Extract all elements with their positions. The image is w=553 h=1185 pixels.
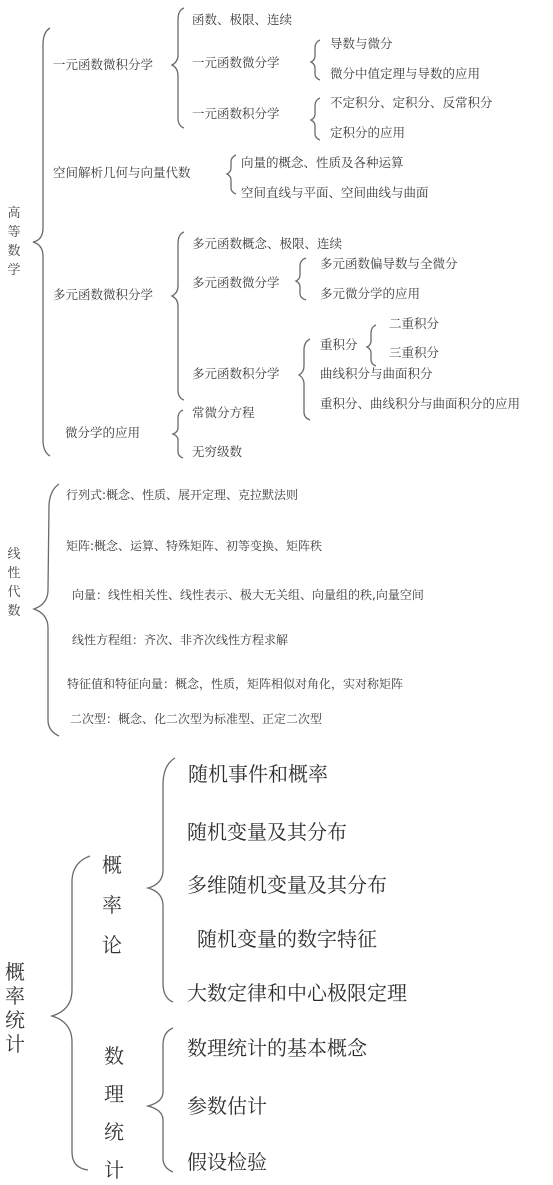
node-multiple-integral: 重积分 [320,339,358,352]
leaf: 曲线积分与曲面积分 [320,368,433,381]
node-multi-diff: 多元函数微分学 [192,277,280,290]
leaf: 无穷级数 [192,446,242,459]
title-char: 数 [6,602,22,621]
prob-stats-brace [52,856,90,1170]
probability-item: 随机变量及其分布 [187,822,347,842]
advanced-math-title: 高 等 数 学 [6,204,22,280]
title-char: 率 [100,885,124,925]
single-integ-brace [311,98,320,140]
probability-item: 随机变量的数字特征 [197,929,377,949]
statistics-item: 数理统计的基本概念 [187,1038,367,1058]
leaf: 导数与微分 [330,38,393,51]
multi-var-brace [172,232,184,400]
linear-item: 线性方程组：齐次、非齐次线性方程求解 [72,634,288,646]
leaf: 空间直线与平面、空间曲线与曲面 [241,187,429,200]
title-char: 代 [6,583,22,602]
multiple-integral-brace [367,325,376,366]
title-char: 概 [100,845,124,885]
title-char: 统 [102,1113,126,1151]
title-char: 性 [6,564,22,583]
multi-diff-brace [296,258,306,300]
leaf: 常微分方程 [192,407,255,420]
statistics-title: 数 理 统 计 [102,1037,126,1185]
single-var-brace [172,8,184,128]
leaf: 不定积分、定积分、反常积分 [330,97,493,110]
title-char: 等 [6,223,22,242]
title-char: 数 [102,1037,126,1075]
linear-item: 特征值和特征向量：概念，性质，矩阵相似对角化，实对称矩阵 [67,678,403,690]
leaf: 三重积分 [389,347,439,360]
single-diff-brace [311,40,320,80]
statistics-brace [148,1028,173,1172]
probability-brace [148,758,175,1002]
linear-item: 二次型：概念、化二次型为标准型、正定二次型 [70,713,322,725]
leaf: 定积分的应用 [330,127,405,140]
statistics-item: 参数估计 [187,1096,267,1116]
title-char: 计 [102,1151,126,1185]
single-var-label: 一元函数微积分学 [53,59,153,72]
prob-stats-title: 概 率 统 计 [3,960,27,1056]
linear-item: 矩阵:概念、运算、特殊矩阵、初等变换、矩阵秩 [66,540,322,552]
leaf: 微分中值定理与导数的应用 [330,68,480,81]
title-char: 学 [6,261,22,280]
probability-item: 多维随机变量及其分布 [187,875,387,895]
leaf: 二重积分 [389,318,439,331]
probability-title: 概 率 论 [100,845,124,965]
advanced-math-brace [33,28,50,456]
title-char: 数 [6,242,22,261]
applications-label: 微分学的应用 [65,427,140,440]
node-single-integ: 一元函数积分学 [192,108,280,121]
title-char: 统 [3,1008,27,1032]
title-char: 论 [100,925,124,965]
title-char: 率 [3,984,27,1008]
leaf: 多元函数偏导数与全微分 [320,258,458,271]
node-multi-limits: 多元函数概念、极限、连续 [192,238,342,251]
linear-item: 行列式:概念、性质、展开定理、克拉默法则 [66,489,298,501]
node-single-diff: 一元函数微分学 [192,57,280,70]
linear-algebra-brace [34,484,59,736]
title-char: 计 [3,1032,27,1056]
title-char: 概 [3,960,27,984]
leaf: 重积分、曲线积分与曲面积分的应用 [320,398,520,411]
title-char: 线 [6,545,22,564]
linear-item: 向量：线性相关性、线性表示、极大无关组、向量组的秩,向量空间 [72,589,424,601]
leaf: 多元微分学的应用 [320,288,420,301]
node-single-limits: 函数、极限、连续 [192,14,292,27]
probability-item: 大数定律和中心极限定理 [187,983,407,1003]
applications-brace [173,410,183,458]
title-char: 理 [102,1075,126,1113]
linear-algebra-title: 线 性 代 数 [6,545,22,621]
title-char: 高 [6,204,22,223]
statistics-item: 假设检验 [187,1152,267,1172]
node-multi-integ: 多元函数积分学 [192,368,280,381]
leaf: 向量的概念、性质及各种运算 [241,157,404,170]
multi-var-label: 多元函数微积分学 [53,289,153,302]
geometry-label: 空间解析几何与向量代数 [53,167,191,180]
geometry-brace [227,155,236,194]
multi-integ-brace [299,339,310,420]
probability-item: 随机事件和概率 [188,764,328,784]
